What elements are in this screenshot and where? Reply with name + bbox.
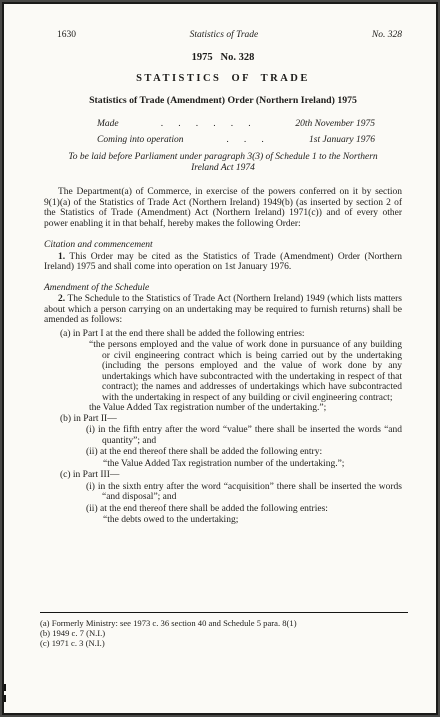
- made-date-row: Made . . . . . . 20th November 1975: [97, 119, 375, 130]
- item-c-sub-ii-text: at the end thereof there shall be added …: [100, 504, 328, 514]
- item-b-sub-i-text: in the fifth entry after the word “value…: [98, 425, 402, 446]
- footnote-c-text: 1971 c. 3 (N.I.): [52, 638, 105, 648]
- coming-label: Coming into operation: [97, 135, 184, 146]
- item-c-quoted-entry: “the debts owed to the undertaking;: [44, 515, 402, 526]
- page-number: 1630: [57, 30, 76, 41]
- item-c-text: in Part III—: [73, 470, 119, 480]
- item-b-text: in Part II—: [73, 414, 116, 424]
- footnote-a-label: (a): [40, 618, 50, 628]
- item-b-label: (b): [60, 414, 71, 424]
- document-page: 1630 Statistics of Trade No. 328 1975 No…: [2, 2, 438, 715]
- issue-number: No. 328: [372, 30, 402, 41]
- item-a-quoted-entry-2: the Value Added Tax registration number …: [44, 403, 402, 414]
- amendment-intro: 2. The Schedule to the Statistics of Tra…: [44, 294, 402, 326]
- item-c-sub-i: (i) in the sixth entry after the word “a…: [44, 482, 402, 503]
- footnote-b-text: 1949 c. 7 (N.I.): [52, 628, 105, 638]
- item-a-quoted-entry-1: “the persons employed and the value of w…: [44, 340, 402, 403]
- item-a-label: (a): [60, 329, 71, 339]
- made-label: Made: [97, 119, 119, 130]
- amendment-item-c: (c) in Part III—: [44, 470, 402, 481]
- item-b-sub-i-label: (i): [86, 425, 95, 435]
- running-title: Statistics of Trade: [190, 30, 259, 41]
- item-b-sub-i: (i) in the fifth entry after the word “v…: [44, 425, 402, 446]
- footnote-c: (c) 1971 c. 3 (N.I.): [40, 639, 408, 649]
- item-b-sub-ii: (ii) at the end thereof there shall be a…: [44, 447, 402, 458]
- footnotes-block: (a) Formerly Ministry: see 1973 c. 36 se…: [40, 612, 408, 648]
- scanned-document: 1630 Statistics of Trade No. 328 1975 No…: [0, 0, 440, 717]
- item-c-sub-i-text: in the sixth entry after the word “acqui…: [98, 482, 402, 503]
- article-1-number: 1.: [58, 252, 65, 262]
- item-c-sub-ii-label: (ii): [86, 504, 98, 514]
- coming-into-operation-row: Coming into operation . . . 1st January …: [97, 135, 375, 146]
- running-header: 1630 Statistics of Trade No. 328: [44, 30, 402, 41]
- laid-before-parliament-note: To be laid before Parliament under parag…: [64, 152, 382, 173]
- item-c-sub-i-label: (i): [86, 482, 95, 492]
- item-b-sub-ii-text: at the end thereof there shall be added …: [100, 447, 322, 457]
- item-c-label: (c): [60, 470, 71, 480]
- made-dots: . . . . . .: [119, 119, 296, 130]
- item-b-sub-ii-label: (ii): [86, 447, 98, 457]
- article-2-number: 2.: [58, 294, 65, 304]
- footnote-c-label: (c): [40, 638, 50, 648]
- preamble-paragraph: The Department(a) of Commerce, in exerci…: [44, 187, 402, 229]
- article-1-text: This Order may be cited as the Statistic…: [44, 252, 402, 273]
- coming-dots: . . .: [184, 135, 309, 146]
- scan-artifact-tick: [4, 684, 6, 691]
- session-number-line: 1975 No. 328: [44, 53, 402, 64]
- coming-value: 1st January 1976: [309, 135, 375, 146]
- order-title: Statistics of Trade (Amendment) Order (N…: [44, 96, 402, 107]
- citation-paragraph: 1. This Order may be cited as the Statis…: [44, 252, 402, 273]
- scan-artifact-tick: [4, 695, 6, 702]
- item-c-sub-ii: (ii) at the end thereof there shall be a…: [44, 504, 402, 515]
- footnote-b-label: (b): [40, 628, 50, 638]
- item-a-text: in Part I at the end there shall be adde…: [73, 329, 305, 339]
- made-value: 20th November 1975: [295, 119, 375, 130]
- citation-heading: Citation and commencement: [44, 240, 402, 251]
- amendment-item-b: (b) in Part II—: [44, 414, 402, 425]
- footnote-a-text: Formerly Ministry: see 1973 c. 36 sectio…: [52, 618, 297, 628]
- category-heading: STATISTICS OF TRADE: [44, 74, 402, 85]
- amendment-item-a: (a) in Part I at the end there shall be …: [44, 329, 402, 340]
- item-b-quoted-entry: “the Value Added Tax registration number…: [44, 459, 402, 470]
- article-2-text: The Schedule to the Statistics of Trade …: [44, 294, 402, 325]
- amendment-heading: Amendment of the Schedule: [44, 283, 402, 294]
